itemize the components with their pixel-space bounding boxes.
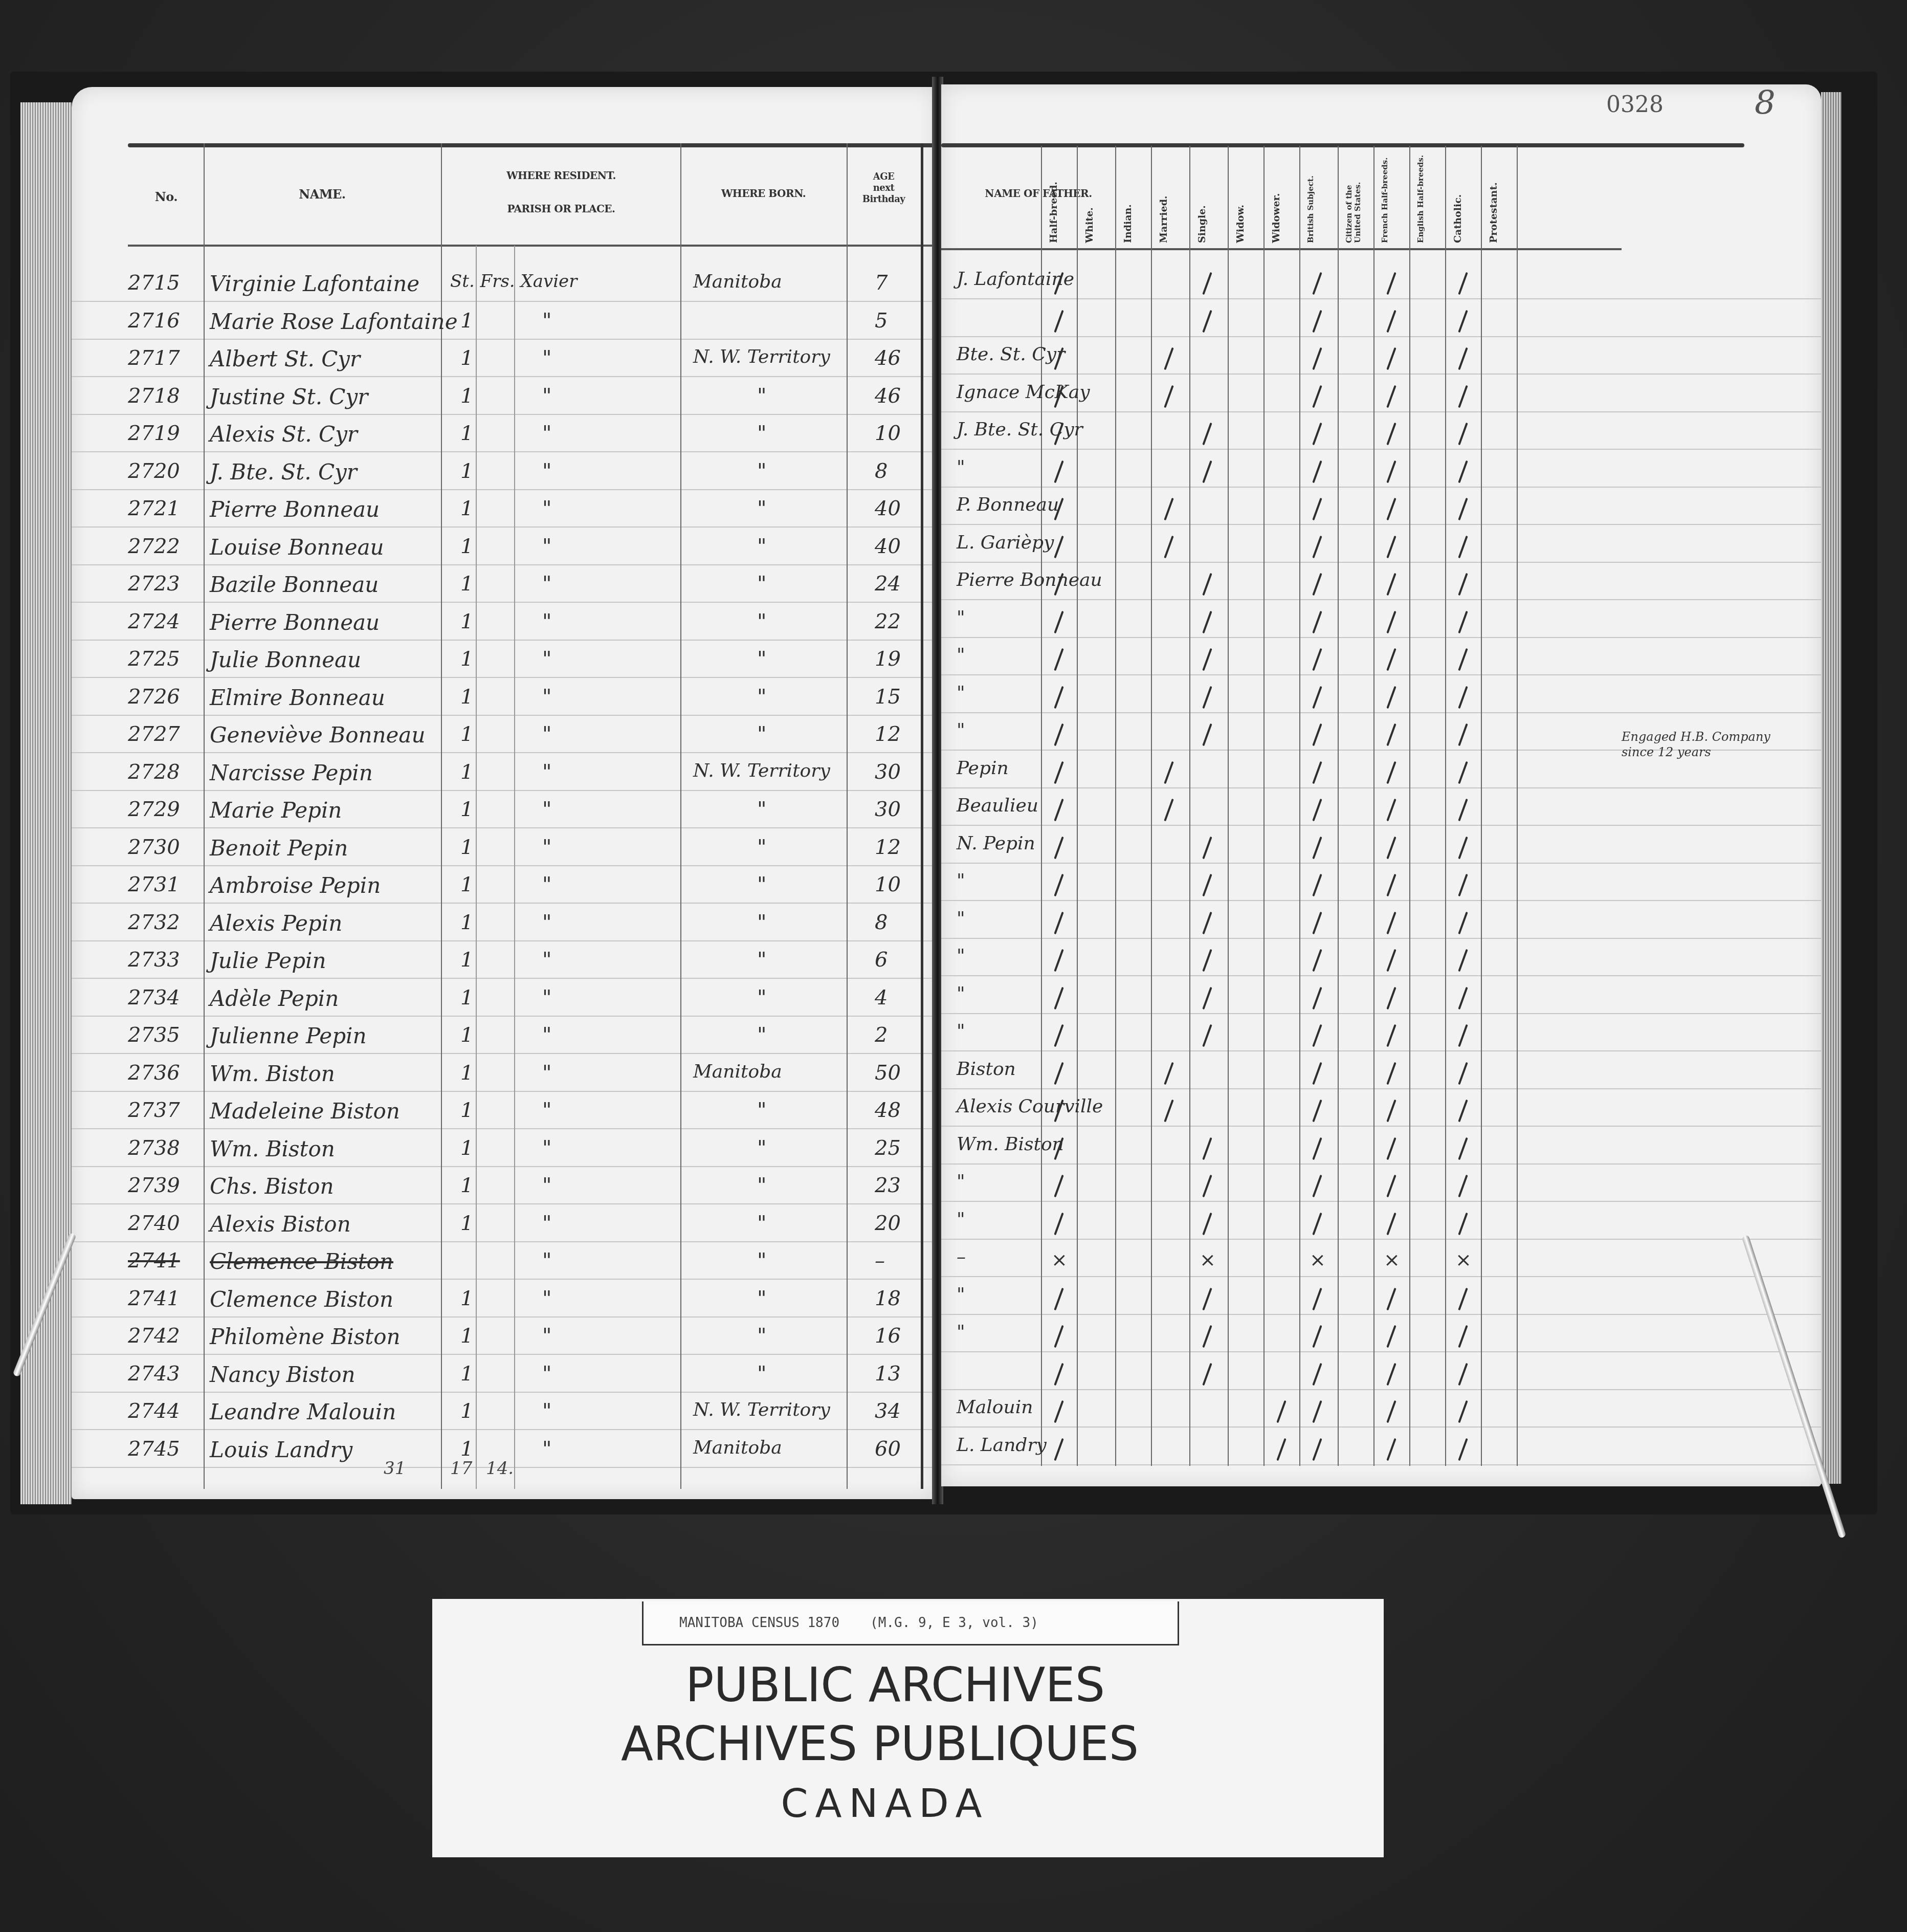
tally-mark-icon [1054, 1325, 1063, 1348]
father-name: L. Landry [957, 1435, 1047, 1456]
person-name: Clemence Biston [210, 1287, 393, 1312]
person-name: Adèle Pepin [210, 986, 339, 1011]
row-number: 2722 [128, 535, 180, 558]
person-name: Alexis St. Cyr [210, 422, 358, 447]
tally-mark-icon [1312, 1400, 1322, 1423]
row-number: 2718 [128, 384, 180, 408]
tally-mark-icon [1386, 460, 1396, 483]
tally-mark-icon [1312, 573, 1322, 596]
tally-mark-icon [1312, 347, 1322, 370]
tally-mark-icon [1312, 385, 1322, 408]
cancelled-mark-icon: × [1310, 1248, 1326, 1271]
residence-ditto: " [542, 685, 551, 709]
tally-mark-icon [1312, 1024, 1322, 1047]
tally-mark-icon [1458, 347, 1468, 370]
person-name: Pierre Bonneau [210, 497, 380, 522]
tally-mark-icon [1054, 1024, 1063, 1047]
residence-mark: 1 [460, 873, 473, 896]
header-attribute-5: Widow. [1235, 153, 1260, 243]
age-value: 5 [875, 309, 888, 333]
person-name: Alexis Pepin [210, 911, 342, 936]
age-value: – [875, 1249, 885, 1272]
tally-mark-icon [1386, 498, 1396, 521]
tally-mark-icon [1202, 986, 1212, 1009]
age-value: 18 [875, 1287, 901, 1310]
column-divider [1445, 146, 1446, 1466]
residence-mark: 1 [460, 1212, 473, 1235]
age-value: 30 [875, 798, 901, 821]
tally-mark-icon [1458, 986, 1468, 1009]
person-name: Bazile Bonneau [210, 572, 379, 597]
age-value: 30 [875, 760, 901, 784]
ruled-line [941, 562, 1821, 563]
header-attribute-9: French Half-breeds. [1381, 153, 1406, 243]
tally-mark-icon [1386, 799, 1396, 822]
residence-mark: 1 [460, 422, 473, 445]
header-name: NAME. [205, 187, 440, 202]
birthplace: " [757, 1099, 766, 1122]
person-name: Julie Bonneau [210, 647, 361, 672]
residence-ditto: " [542, 986, 551, 1009]
ruled-line [72, 677, 936, 678]
tally-mark-icon [1276, 1438, 1286, 1461]
person-name: Ambroise Pepin [210, 873, 381, 898]
person-name: Clemence Biston [210, 1249, 393, 1274]
tally-mark-icon [1386, 836, 1396, 859]
tally-mark-icon [1054, 310, 1063, 333]
tally-mark-icon [1386, 986, 1396, 1009]
father-name: " [957, 870, 965, 891]
tally-mark-icon [1458, 761, 1468, 784]
person-name: Albert St. Cyr [210, 346, 360, 371]
tally-mark-icon [1202, 949, 1212, 972]
ruled-line [941, 1050, 1821, 1051]
row-number: 2736 [128, 1061, 180, 1085]
tally-mark-icon [1458, 385, 1468, 408]
tally-mark-icon [1386, 874, 1396, 897]
birthplace: N. W. Territory [693, 760, 830, 781]
residence-mark: 1 [460, 722, 473, 746]
tally-mark-icon [1386, 1137, 1396, 1160]
header-where-resident: WHERE RESIDENT. [441, 169, 681, 182]
header-attribute-0: Half-breed. [1048, 153, 1074, 243]
ruled-line [72, 451, 936, 452]
tally-mark-icon [1312, 460, 1322, 483]
header-attribute-7: British Subject. [1306, 153, 1332, 243]
person-name: Julienne Pepin [210, 1023, 367, 1048]
column-divider [1409, 146, 1410, 1466]
age-value: 6 [875, 948, 888, 972]
tally-mark-icon [1202, 836, 1212, 859]
ruled-line [941, 487, 1821, 488]
ruled-line [72, 903, 936, 904]
remark-note: Engaged H.B. Company since 12 years [1622, 729, 1770, 760]
age-value: 22 [875, 610, 901, 633]
tally-mark-icon [1054, 986, 1063, 1009]
header-top-rule [128, 143, 936, 147]
tally-mark-icon [1054, 535, 1063, 558]
residence-mark: St. Frs. Xavier [450, 271, 577, 292]
tally-mark-icon [1202, 460, 1212, 483]
ruled-line [72, 978, 936, 979]
birthplace: " [757, 1023, 766, 1047]
ruled-line [72, 1203, 936, 1204]
header-attribute-12: Protestant. [1488, 153, 1514, 243]
tally-mark-icon [1054, 1400, 1063, 1423]
row-number: 2726 [128, 685, 180, 709]
father-name: Malouin [957, 1397, 1033, 1418]
tally-mark-icon [1202, 1212, 1212, 1235]
tally-mark-icon [1458, 573, 1468, 596]
ruled-line [941, 1351, 1821, 1352]
ruled-line [941, 374, 1821, 375]
ruled-line [941, 674, 1821, 675]
tally-mark-icon [1164, 535, 1173, 558]
tally-mark-icon [1312, 535, 1322, 558]
ruled-line [941, 1239, 1821, 1240]
tally-mark-icon [1458, 1438, 1468, 1461]
tally-mark-icon [1202, 648, 1212, 671]
person-name: Chs. Biston [210, 1174, 334, 1199]
column-divider [847, 143, 848, 1489]
residence-mark: 1 [460, 535, 473, 558]
age-value: 25 [875, 1136, 901, 1160]
tally-mark-icon [1386, 1287, 1396, 1310]
ruled-line [72, 1016, 936, 1017]
ruled-line [72, 602, 936, 603]
father-name: Pierre Bonneau [957, 569, 1102, 590]
ruled-line [72, 301, 936, 302]
father-name: P. Bonneau [957, 494, 1059, 515]
residence-mark: 1 [460, 309, 473, 333]
archive-reference-strip: MANITOBA CENSUS 1870 (M.G. 9, E 3, vol. … [642, 1601, 1179, 1645]
person-name: Narcisse Pepin [210, 760, 373, 785]
tally-mark-icon [1054, 610, 1063, 633]
row-number: 2723 [128, 572, 180, 596]
birthplace: Manitoba [693, 1061, 782, 1082]
person-name: Wm. Biston [210, 1061, 335, 1086]
tally-mark-icon [1202, 610, 1212, 633]
column-divider [680, 143, 681, 1489]
birthplace: " [757, 685, 766, 709]
ruled-line [72, 1091, 936, 1092]
tally-mark-icon [1276, 1400, 1286, 1423]
column-divider [204, 143, 205, 1489]
person-name: Justine St. Cyr [210, 384, 368, 409]
age-value: 46 [875, 346, 901, 370]
father-name: Alexis Courville [957, 1096, 1103, 1117]
person-name: Marie Pepin [210, 798, 342, 823]
ruled-line [72, 827, 936, 828]
age-value: 7 [875, 271, 888, 295]
tally-mark-icon [1312, 498, 1322, 521]
remark-line2: since 12 years [1622, 744, 1770, 760]
ruled-line [72, 489, 936, 490]
tally-mark-icon [1458, 1212, 1468, 1235]
tally-mark-icon [1386, 1438, 1396, 1461]
row-number: 2728 [128, 760, 180, 784]
tally-mark-icon [1164, 1100, 1173, 1123]
ruled-line [72, 1128, 936, 1129]
tally-mark-icon [1054, 761, 1063, 784]
header-age: AGE next Birthday [847, 171, 921, 205]
ruled-line [72, 940, 936, 941]
row-number: 2715 [128, 271, 180, 295]
right-ledger-page: 0328 8 NAME OF FATHER. Half-breed.White.… [941, 84, 1821, 1486]
residence-mark: 1 [460, 1099, 473, 1122]
header-attribute-2: Indian. [1122, 153, 1148, 243]
tally-mark-icon [1312, 723, 1322, 747]
residence-ditto: " [542, 1023, 551, 1047]
row-number: 2735 [128, 1023, 180, 1047]
father-name: Bte. St. Cyr [957, 344, 1065, 365]
header-top-rule [941, 143, 1744, 147]
row-number: 2732 [128, 911, 180, 934]
tally-mark-icon [1312, 1438, 1322, 1461]
ruled-line [941, 938, 1821, 939]
ruled-line [72, 1279, 936, 1280]
age-value: 23 [875, 1174, 901, 1197]
tally-mark-icon [1386, 610, 1396, 633]
birthplace: " [757, 610, 766, 633]
header-age-line3: Birthday [847, 194, 921, 205]
cancelled-mark-icon: × [1051, 1248, 1068, 1271]
father-name: N. Pepin [957, 833, 1035, 854]
header-attribute-1: White. [1084, 153, 1110, 243]
residence-mark: 1 [460, 1061, 473, 1085]
residence-ditto: " [542, 948, 551, 972]
ruled-line [72, 640, 936, 641]
residence-mark: 1 [460, 459, 473, 483]
residence-ditto: " [542, 422, 551, 445]
column-divider [1517, 146, 1518, 1466]
tally-mark-icon [1386, 385, 1396, 408]
age-value: 12 [875, 836, 901, 859]
column-divider [1338, 146, 1339, 1466]
right-page-edges [1821, 92, 1842, 1484]
column-divider [1189, 146, 1190, 1466]
residence-mark: 1 [460, 760, 473, 784]
tally-mark-icon [1386, 1024, 1396, 1047]
residence-mark: 1 [460, 836, 473, 859]
ruled-line [941, 1426, 1821, 1428]
ruled-line [72, 790, 936, 791]
tally-mark-icon [1458, 535, 1468, 558]
tally-mark-icon [1312, 799, 1322, 822]
tally-mark-icon [1202, 911, 1212, 934]
birthplace: " [757, 384, 766, 408]
age-value: 8 [875, 911, 888, 934]
tally-mark-icon [1386, 1212, 1396, 1235]
tally-mark-icon [1312, 986, 1322, 1009]
row-number: 2720 [128, 459, 180, 483]
father-name: – [957, 1246, 966, 1267]
column-divider [1373, 146, 1374, 1466]
residence-ditto: " [542, 497, 551, 520]
residence-mark: 1 [460, 647, 473, 671]
row-number: 2737 [128, 1099, 180, 1122]
birthplace: N. W. Territory [693, 346, 830, 367]
father-name: Beaulieu [957, 795, 1038, 816]
residence-ditto: " [542, 873, 551, 896]
tally-mark-icon [1054, 1438, 1063, 1461]
header-age-line2: next [847, 183, 921, 194]
volume-reference: (M.G. 9, E 3, vol. 3) [870, 1615, 1038, 1631]
tally-mark-icon [1312, 686, 1322, 709]
tally-mark-icon [1386, 1400, 1396, 1423]
tally-mark-icon [1386, 535, 1396, 558]
tally-mark-icon [1312, 1062, 1322, 1085]
row-number: 2739 [128, 1174, 180, 1197]
residence-ditto: " [542, 572, 551, 596]
tally-mark-icon [1312, 310, 1322, 333]
residence-mark: 1 [460, 1136, 473, 1160]
row-number: 2738 [128, 1136, 180, 1160]
row-number: 2743 [128, 1362, 180, 1386]
tally-mark-icon [1312, 949, 1322, 972]
ruled-line [72, 526, 936, 528]
tally-mark-icon [1386, 1100, 1396, 1123]
father-name: L. Garièpy [957, 532, 1054, 553]
father-name: " [957, 607, 965, 628]
birthplace: " [757, 1324, 766, 1348]
column-divider [1299, 146, 1300, 1466]
residence-mark: 1 [460, 610, 473, 633]
birthplace: " [757, 1136, 766, 1160]
father-name: " [957, 645, 965, 666]
row-number: 2734 [128, 986, 180, 1009]
row-number: 2744 [128, 1399, 180, 1423]
ruled-line [72, 376, 936, 377]
page-edge-rule [921, 143, 923, 1489]
ruled-line [72, 1316, 936, 1318]
age-value: 34 [875, 1399, 901, 1423]
residence-ditto: " [542, 722, 551, 746]
tally-mark-icon [1312, 1175, 1322, 1198]
tally-mark-icon [1202, 423, 1212, 446]
column-divider [1228, 146, 1229, 1466]
tally-mark-icon [1458, 1175, 1468, 1198]
ruled-line [72, 1241, 936, 1242]
tally-mark-icon [1164, 347, 1173, 370]
ruled-line [72, 1166, 936, 1167]
residence-ditto: " [542, 1174, 551, 1197]
ruled-line [941, 1201, 1821, 1202]
row-number: 2721 [128, 497, 180, 520]
residence-ditto: " [542, 1061, 551, 1085]
tally-mark-icon [1312, 1212, 1322, 1235]
father-name: " [957, 683, 965, 704]
ruled-line [941, 1163, 1821, 1165]
father-name: J. Bte. St. Cyr [957, 419, 1083, 440]
tally-mark-icon [1054, 799, 1063, 822]
tally-mark-icon [1054, 1287, 1063, 1310]
age-value: 10 [875, 422, 901, 445]
tally-mark-icon [1202, 874, 1212, 897]
ruled-line [72, 1392, 936, 1393]
tally-mark-icon [1312, 610, 1322, 633]
father-name: Biston [957, 1059, 1016, 1080]
tally-mark-icon [1054, 836, 1063, 859]
residence-ditto: " [542, 610, 551, 633]
person-name: Louise Bonneau [210, 535, 384, 560]
tally-mark-icon [1054, 723, 1063, 747]
birthplace: " [757, 948, 766, 972]
tally-mark-icon [1312, 1137, 1322, 1160]
person-name: Virginie Lafontaine [210, 271, 419, 296]
ruled-line [941, 1088, 1821, 1089]
tally-mark-icon [1386, 1325, 1396, 1348]
residence-ditto: " [542, 1287, 551, 1310]
tally-mark-icon [1386, 573, 1396, 596]
person-name: Philomène Biston [210, 1324, 400, 1349]
tally-mark-icon [1312, 423, 1322, 446]
cancelled-mark-icon: × [1455, 1248, 1472, 1271]
header-attribute-3: Married. [1158, 153, 1184, 243]
tally-mark-icon [1458, 723, 1468, 747]
tally-mark-icon [1164, 385, 1173, 408]
residence-mark: 1 [460, 1023, 473, 1047]
tally-mark-icon [1458, 836, 1468, 859]
ruled-line [72, 1354, 936, 1355]
person-name: J. Bte. St. Cyr [210, 459, 357, 485]
person-name: Marie Rose Lafontaine [210, 309, 458, 334]
folio-number: 8 [1755, 84, 1776, 122]
tally-mark-icon [1202, 686, 1212, 709]
header-attribute-10: English Half-breeds. [1416, 153, 1442, 243]
tally-mark-icon [1312, 648, 1322, 671]
total-col3: 14. [486, 1458, 514, 1479]
father-name: " [957, 720, 965, 741]
tally-mark-icon [1458, 310, 1468, 333]
row-number: 2741 [128, 1249, 180, 1272]
person-name: Alexis Biston [210, 1212, 351, 1237]
age-value: 46 [875, 384, 901, 408]
ruled-line [941, 524, 1821, 525]
column-divider [1263, 146, 1265, 1466]
residence-mark: 1 [460, 685, 473, 709]
residence-ditto: " [542, 346, 551, 370]
ruled-line [941, 900, 1821, 901]
tally-mark-icon [1458, 686, 1468, 709]
birthplace: " [757, 836, 766, 859]
tally-mark-icon [1164, 761, 1173, 784]
census-title: MANITOBA CENSUS 1870 [679, 1615, 839, 1631]
residence-ditto: " [542, 836, 551, 859]
tally-mark-icon [1458, 874, 1468, 897]
row-number: 2742 [128, 1324, 180, 1348]
tally-mark-icon [1202, 1325, 1212, 1348]
column-divider [514, 246, 515, 1489]
birthplace: " [757, 722, 766, 746]
age-value: 40 [875, 497, 901, 520]
ruled-line [941, 336, 1821, 337]
residence-ditto: " [542, 384, 551, 408]
cancelled-mark-icon: × [1200, 1248, 1216, 1271]
ruled-line [72, 1429, 936, 1430]
row-number: 2727 [128, 722, 180, 746]
tally-mark-icon [1458, 423, 1468, 446]
birthplace: Manitoba [693, 1437, 782, 1458]
father-name: " [957, 457, 965, 478]
tally-mark-icon [1386, 1363, 1396, 1386]
tally-mark-icon [1458, 949, 1468, 972]
ruled-line [72, 752, 936, 753]
birthplace: " [757, 459, 766, 483]
tally-mark-icon [1312, 1363, 1322, 1386]
ruled-line [941, 787, 1821, 788]
residence-mark: 1 [460, 497, 473, 520]
